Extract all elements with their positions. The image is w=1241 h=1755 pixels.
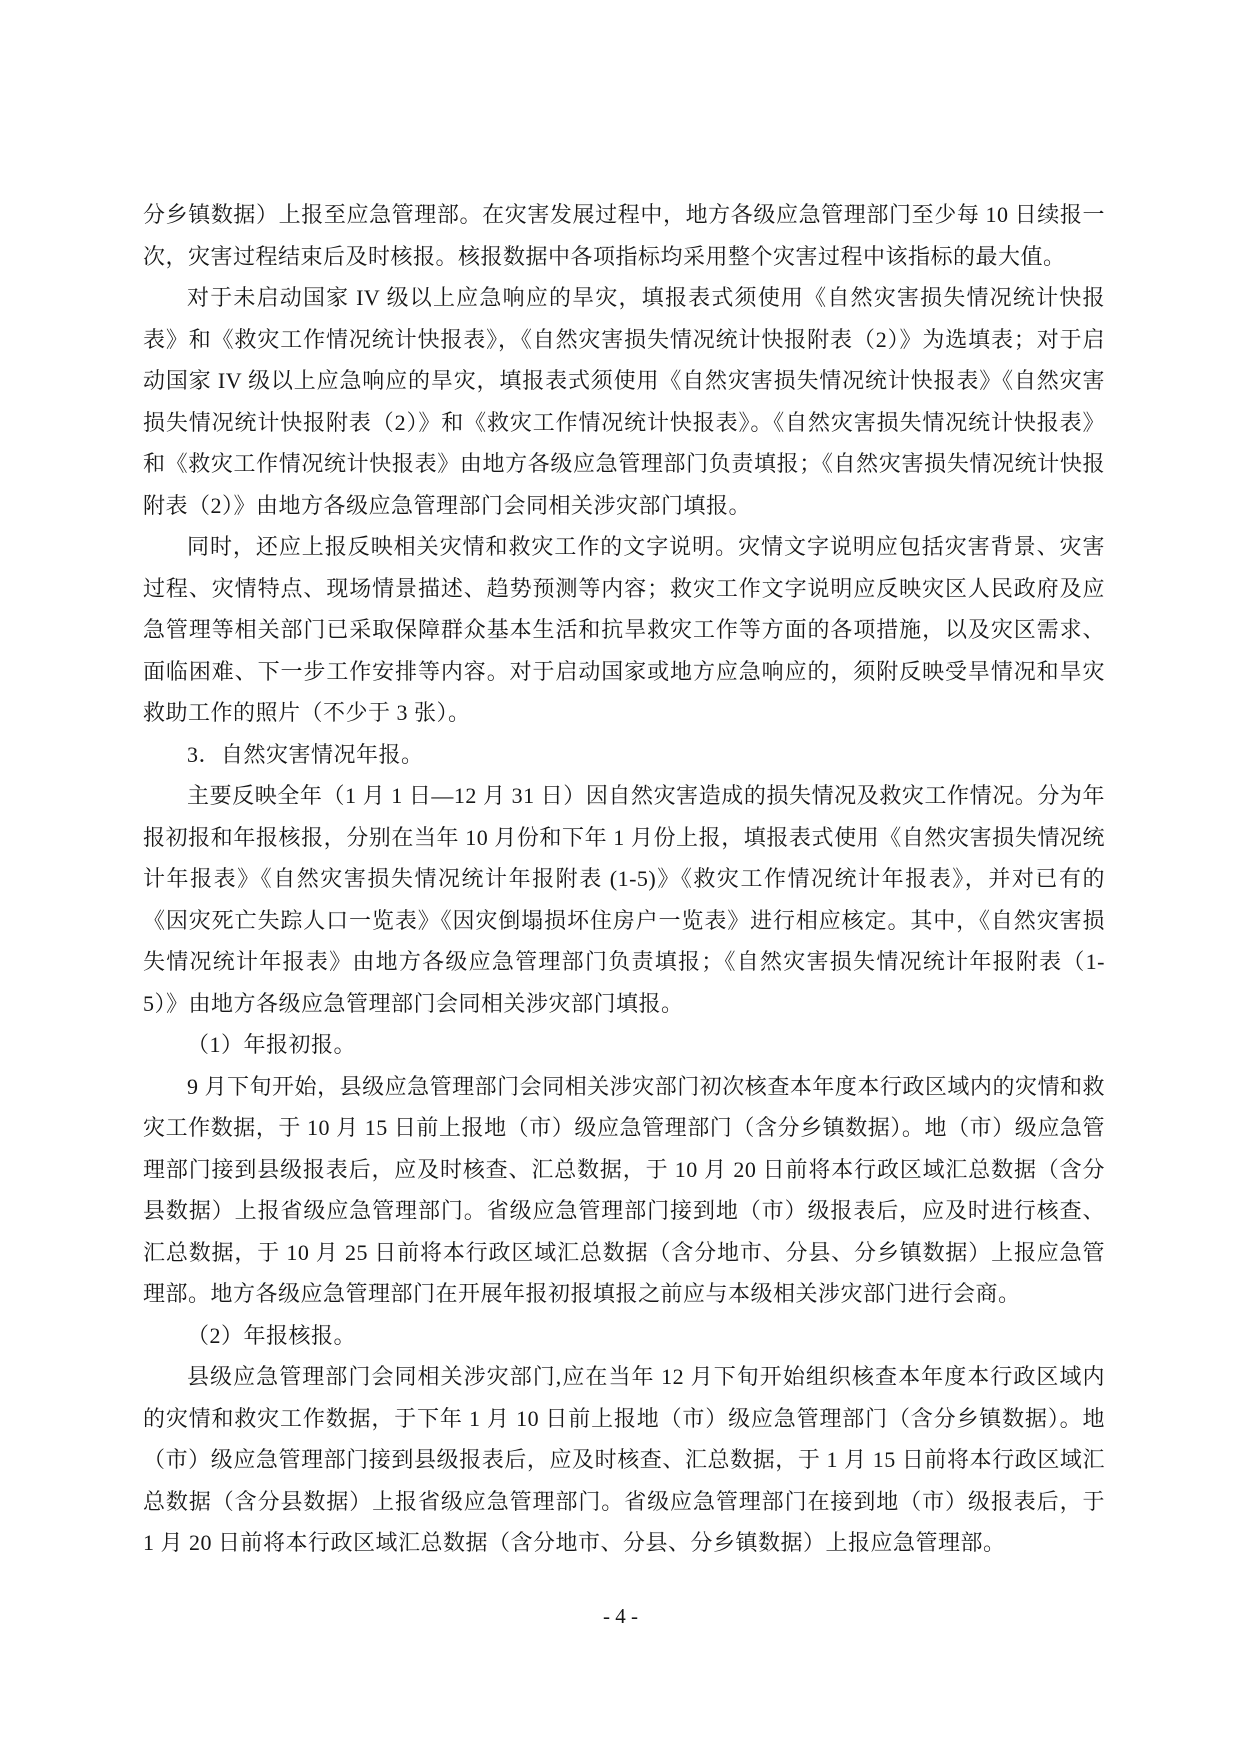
paragraph-report-continuation: 分乡镇数据）上报至应急管理部。在灾害发展过程中，地方各级应急管理部门至少每 10… [143,194,1105,277]
heading-annual-verification-report: （2）年报核报。 [143,1315,1105,1357]
paragraph-annual-report-overview: 主要反映全年（1 月 1 日—12 月 31 日）因自然灾害造成的损失情况及救灾… [143,775,1105,1024]
paragraph-drought-report-forms: 对于未启动国家 IV 级以上应急响应的旱灾，填报表式须使用《自然灾害损失情况统计… [143,277,1105,526]
page-number: - 4 - [0,1601,1241,1631]
heading-annual-report: 3．自然灾害情况年报。 [143,734,1105,776]
document-content: 分乡镇数据）上报至应急管理部。在灾害发展过程中，地方各级应急管理部门至少每 10… [143,194,1105,1564]
paragraph-annual-verification-report-process: 县级应急管理部门会同相关涉灾部门,应在当年 12 月下旬开始组织核查本年度本行政… [143,1356,1105,1564]
heading-annual-initial-report: （1）年报初报。 [143,1024,1105,1066]
document-page: 分乡镇数据）上报至应急管理部。在灾害发展过程中，地方各级应急管理部门至少每 10… [0,0,1241,1755]
paragraph-text-description-requirements: 同时，还应上报反映相关灾情和救灾工作的文字说明。灾情文字说明应包括灾害背景、灾害… [143,526,1105,734]
paragraph-annual-initial-report-process: 9 月下旬开始，县级应急管理部门会同相关涉灾部门初次核查本年度本行政区域内的灾情… [143,1066,1105,1315]
